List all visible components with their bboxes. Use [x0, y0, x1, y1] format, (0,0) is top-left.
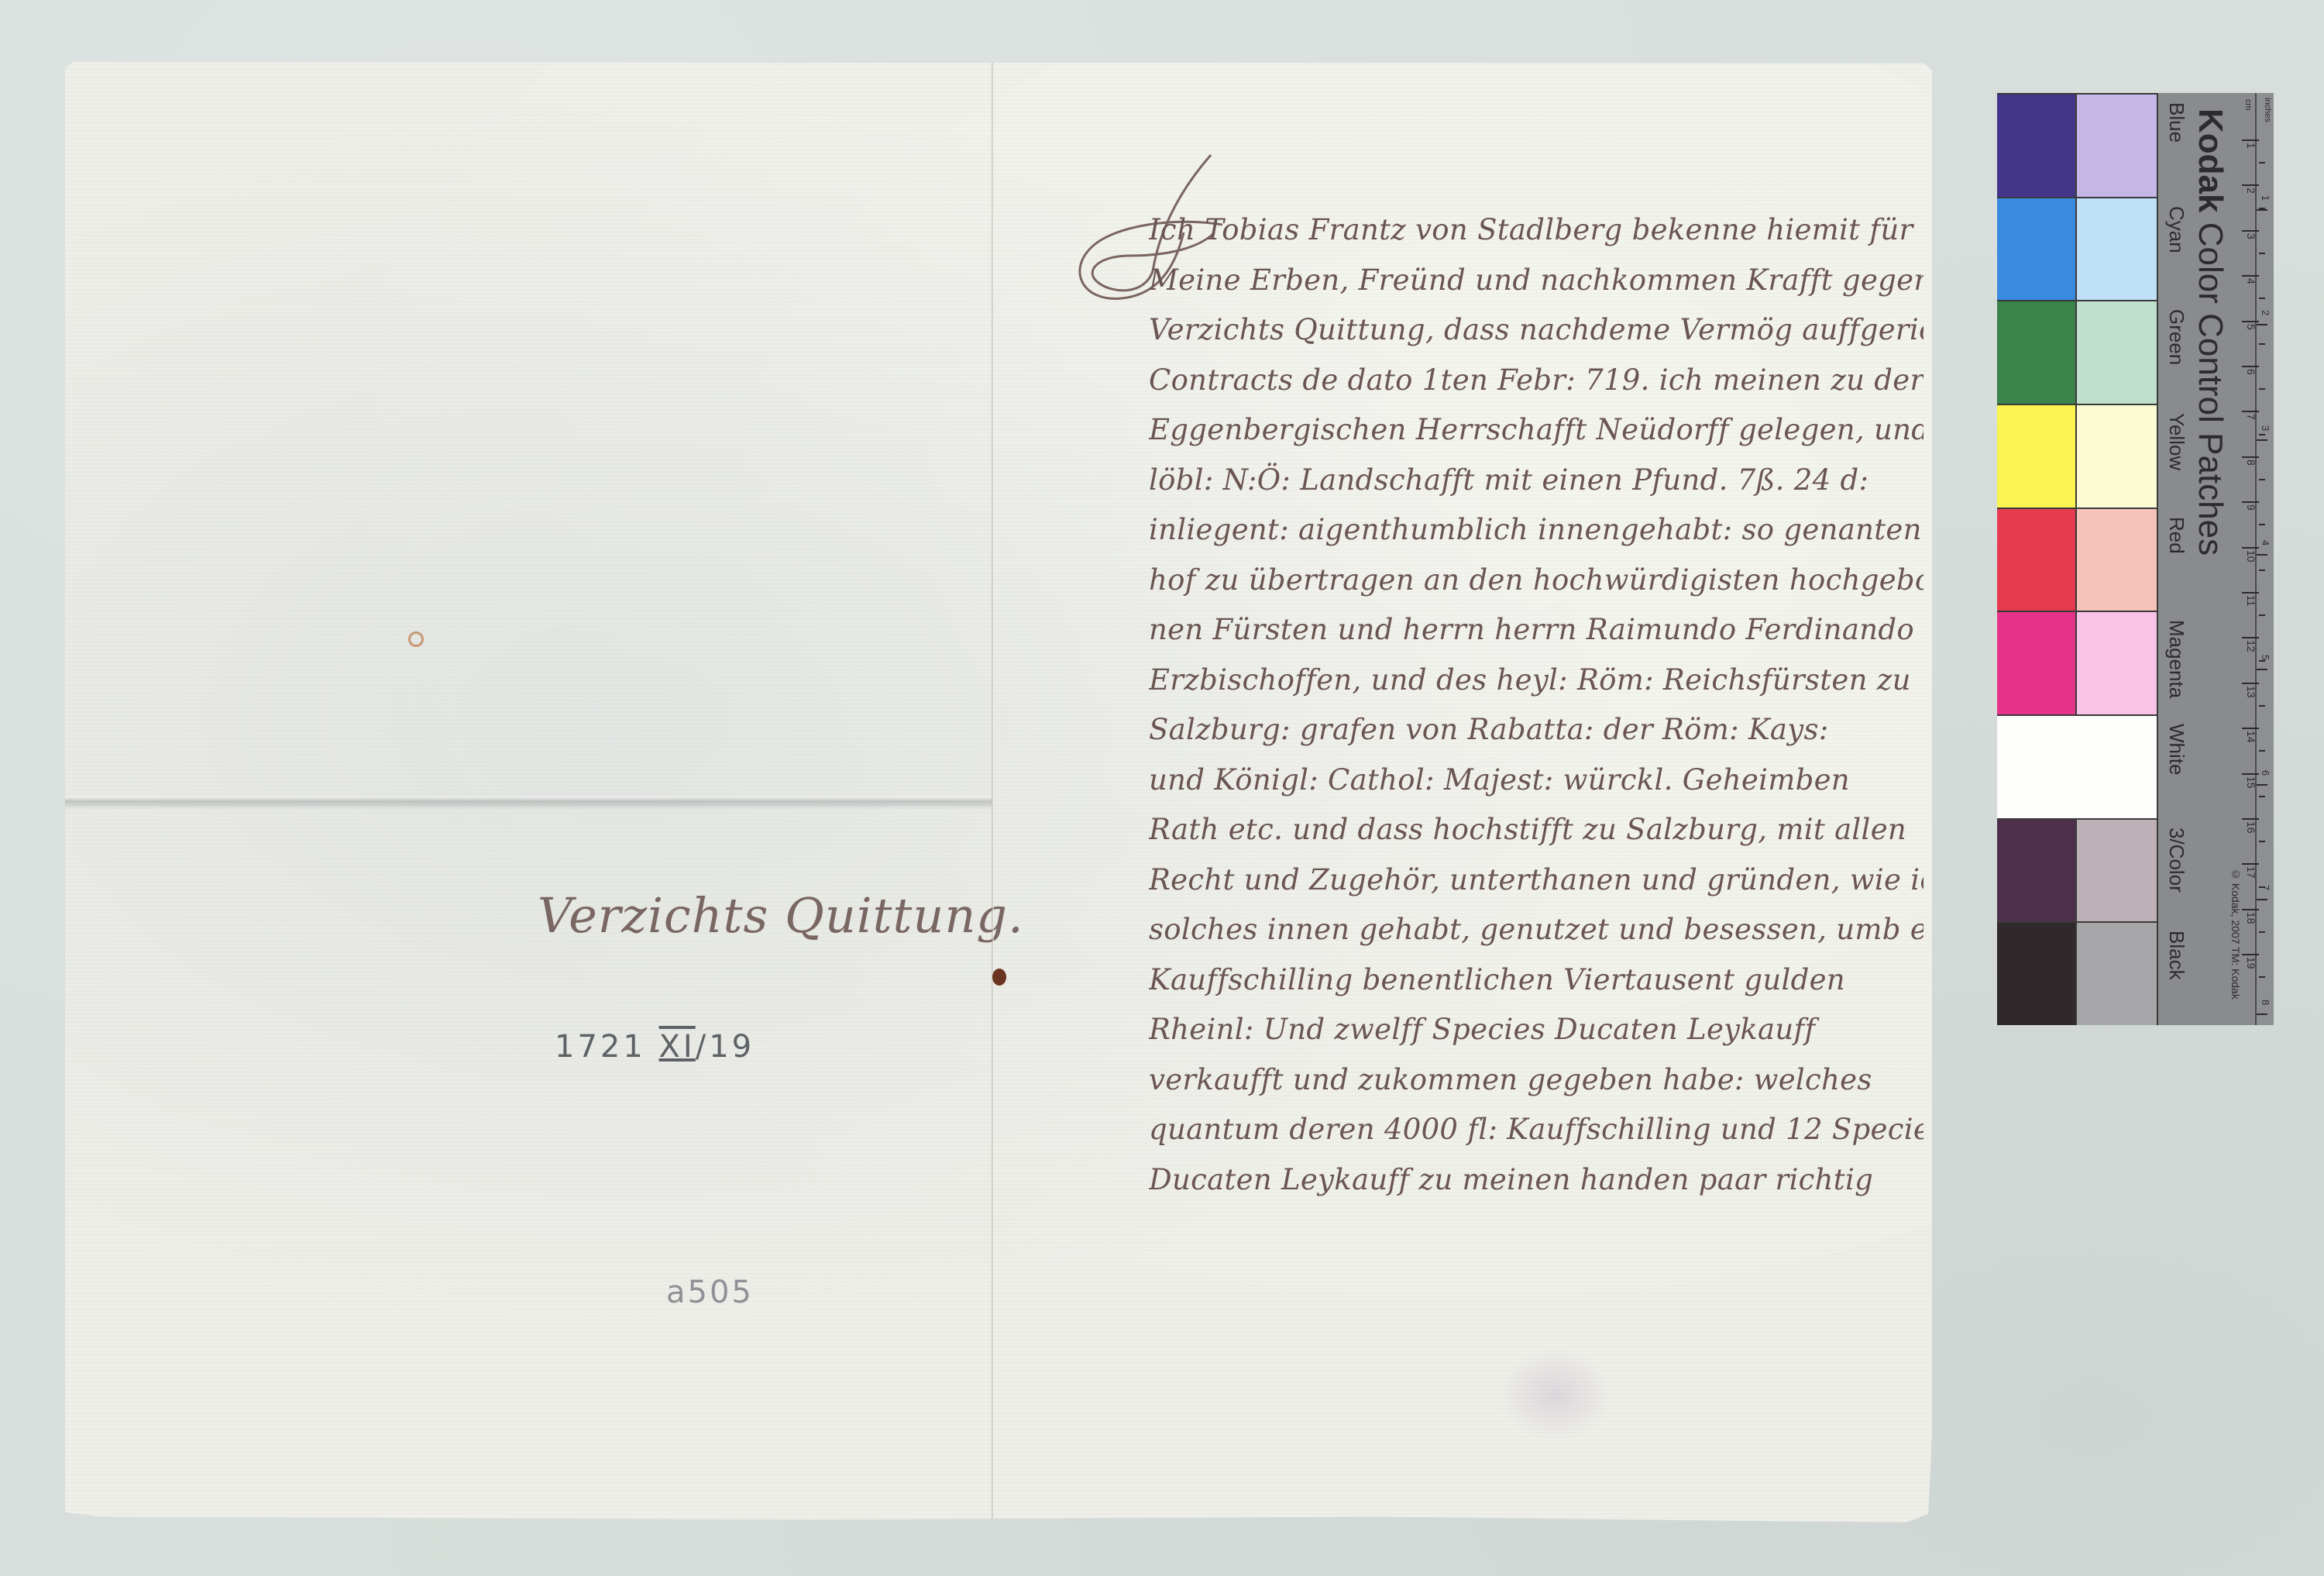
ruler-half-tick — [2259, 479, 2265, 480]
ruler-half-tick — [2259, 886, 2265, 888]
cm-label: cm — [2243, 99, 2253, 111]
ruler-cm-tick — [2242, 773, 2259, 775]
ruler-half-tick — [2259, 569, 2265, 571]
ruler-half-tick — [2259, 343, 2265, 345]
color-patch-light — [2077, 820, 2157, 922]
ruler-cm-tick — [2242, 230, 2259, 232]
color-patch-dark — [1997, 198, 2077, 301]
ruler-cm-tick — [2242, 954, 2259, 955]
ruler-half-tick — [2259, 524, 2265, 525]
color-patch-light — [2077, 405, 2157, 508]
ruler-cm-number: 11 — [2245, 595, 2257, 607]
ruler-half-tick — [2259, 660, 2265, 662]
patch-label: Black — [2164, 931, 2188, 980]
rust-foxing-spot — [408, 631, 424, 647]
chart-title: Color Control Patches — [2192, 222, 2229, 556]
letter-line: Meine Erben, Freünd und nachkommen Kraff… — [1149, 256, 1923, 306]
letter-line: solches innen gehabt, genutzet und beses… — [1149, 905, 1923, 955]
ruler-cm-tick — [2242, 637, 2259, 638]
letter-line: nen Fürsten und herrn herrn Raimundo Fer… — [1149, 605, 1923, 656]
patch-row-magenta — [1997, 611, 2157, 714]
ruler-half-tick — [2259, 976, 2265, 978]
letter-line: Ich Tobias Frantz von Stadlberg bekenne … — [1149, 205, 1923, 256]
faded-seal-stain — [1497, 1348, 1614, 1441]
ruler-cm-tick — [2242, 501, 2259, 503]
color-patch-dark — [1997, 301, 2077, 404]
ruler-cm-tick — [2242, 366, 2259, 367]
color-patch-dark — [1997, 612, 2077, 714]
ruler-half-tick — [2259, 614, 2265, 616]
patch-label: 3/Color — [2164, 828, 2188, 893]
color-patch-light — [2077, 301, 2157, 404]
letter-line: inliegent: aigenthumblich innengehabt: s… — [1149, 505, 1923, 556]
ruler-inch-number: 4 — [2260, 540, 2271, 545]
ruler-cm-number: 9 — [2245, 504, 2257, 511]
ruler-cm-number: 14 — [2245, 731, 2257, 743]
ruler-inch-tick — [2257, 209, 2267, 211]
letter-line: Erzbischoffen, und des heyl: Röm: Reichs… — [1149, 656, 1923, 706]
color-patch-light — [2077, 95, 2157, 197]
ruler-cm-number: 19 — [2245, 957, 2257, 969]
ruler-half-tick — [2259, 162, 2265, 163]
letter-line: quantum deren 4000 fl: Kauffschilling un… — [1149, 1105, 1923, 1155]
letter-line: verkaufft und zukommen gegeben habe: wel… — [1149, 1055, 1923, 1106]
ruler-cm-number: 13 — [2245, 686, 2257, 698]
ruler-cm-tick — [2242, 456, 2259, 458]
ruler-cm-number: 17 — [2245, 866, 2257, 879]
letter-line: und Königl: Cathol: Majest: würckl. Gehe… — [1149, 755, 1923, 806]
chart-copyright: © Kodak, 2007 TM: Kodak — [2229, 868, 2242, 1000]
ruler-half-tick — [2259, 434, 2265, 435]
ruler-cm-number: 4 — [2245, 278, 2257, 284]
patch-label: Red — [2164, 517, 2188, 554]
ruler-cm-tick — [2242, 275, 2259, 277]
ruler-inch-tick — [2257, 669, 2267, 670]
color-patch-dark — [1997, 405, 2077, 508]
ruler-half-tick — [2259, 796, 2265, 797]
ruler-half-tick — [2259, 750, 2265, 752]
inch-scale: inches 12345678 — [2255, 93, 2274, 1025]
ruler-inch-number: 6 — [2260, 770, 2271, 776]
ruler-cm-number: 3 — [2245, 233, 2257, 239]
docket-date: 1721 XI/19 — [555, 1029, 755, 1065]
ruler-half-tick — [2259, 931, 2265, 933]
docket-reference-number: a505 — [666, 1275, 754, 1310]
color-patch-dark — [1997, 820, 2077, 922]
patch-label: White — [2164, 724, 2188, 775]
patch-row-3color — [1997, 818, 2157, 922]
ruler-cm-tick — [2242, 863, 2259, 865]
letter-line: Verzichts Quittung, dass nachdeme Vermög… — [1149, 305, 1923, 356]
ruler-inch-tick — [2257, 899, 2267, 900]
ruler-cm-number: 10 — [2245, 550, 2257, 563]
docket-title: Verzichts Quittung. — [538, 887, 1024, 944]
color-patch-grid — [1997, 93, 2157, 1025]
ruler-cm-tick — [2242, 592, 2259, 594]
patch-label: Magenta — [2164, 620, 2188, 698]
ruler-half-tick — [2259, 298, 2265, 299]
letter-line: Kauffschilling benentlichen Viertausent … — [1149, 955, 1923, 1006]
ink-blot — [992, 969, 1006, 986]
letter-line: Eggenbergischen Herrschafft Neüdorff gel… — [1149, 405, 1923, 456]
ruler-cm-tick — [2242, 728, 2259, 729]
patch-label: Blue — [2164, 102, 2188, 143]
ruler-half-tick — [2259, 841, 2265, 842]
color-patch — [1997, 716, 2157, 818]
ruler-half-tick — [2259, 253, 2265, 254]
color-patch-dark — [1997, 95, 2077, 197]
letter-line: Ducaten Leykauff zu meinen handen paar r… — [1149, 1155, 1923, 1206]
ruler-cm-tick — [2242, 321, 2259, 322]
docket-date-day: 19 — [709, 1029, 755, 1065]
letter-line: Recht und Zugehör, unterthanen und gründ… — [1149, 855, 1923, 906]
patch-row-cyan — [1997, 197, 2157, 301]
ruler-inch-tick — [2257, 1013, 2267, 1015]
ruler-cm-tick — [2242, 139, 2259, 141]
ruler-cm-number: 5 — [2245, 324, 2257, 330]
ruler-cm-number: 15 — [2245, 776, 2257, 789]
manuscript-sheet: Verzichts Quittung. 1721 XI/19 a505 Ich … — [65, 62, 1932, 1523]
patch-row-yellow — [1997, 404, 2157, 508]
color-patch-light — [2077, 198, 2157, 301]
ruler-half-tick — [2259, 388, 2265, 390]
ruler-inch-tick — [2257, 324, 2267, 325]
ruler-half-tick — [2259, 208, 2265, 209]
right-page-letter: Ich Tobias Frantz von Stadlberg bekenne … — [994, 62, 1932, 1523]
ruler-cm-tick — [2242, 909, 2259, 910]
letter-line: hof zu übertragen an den hochwürdigisten… — [1149, 556, 1923, 606]
ruler-cm-number: 12 — [2245, 640, 2257, 652]
ruler-cm-tick — [2242, 818, 2259, 820]
kodak-color-control-chart: Kodak Color Control Patches cm © Kodak, … — [1997, 93, 2274, 1025]
patch-row-red — [1997, 508, 2157, 611]
color-patch-dark — [1997, 509, 2077, 611]
patch-label: Green — [2164, 309, 2188, 365]
letter-line: Salzburg: grafen von Rabatta: der Röm: K… — [1149, 705, 1923, 755]
ruler-cm-tick — [2242, 683, 2259, 684]
letter-line: Rath etc. und dass hochstifft zu Salzbur… — [1149, 805, 1923, 855]
color-patch-dark — [1997, 923, 2077, 1025]
ruler-cm-number: 16 — [2245, 821, 2257, 834]
ruler-cm-number: 7 — [2245, 414, 2257, 420]
brand-name: Kodak — [2192, 108, 2229, 212]
patch-row-blue — [1997, 93, 2157, 197]
docket-date-year: 1721 — [555, 1029, 646, 1065]
ruler-cm-number: 18 — [2245, 912, 2257, 924]
ruler-cm-tick — [2242, 184, 2259, 186]
ruler-inch-number: 3 — [2260, 425, 2271, 431]
ruler-inch-tick — [2257, 439, 2267, 441]
color-patch-light — [2077, 923, 2157, 1025]
color-patch-light — [2077, 612, 2157, 714]
patch-label: Yellow — [2164, 413, 2188, 470]
ruler-half-tick — [2259, 705, 2265, 707]
patch-row-black — [1997, 921, 2157, 1025]
letter-body-text: Ich Tobias Frantz von Stadlberg bekenne … — [1149, 205, 1923, 1205]
ruler-inch-number: 2 — [2260, 310, 2271, 315]
ruler-inch-tick — [2257, 784, 2267, 786]
horizontal-fold-crease — [65, 797, 992, 809]
docket-date-month: XI — [659, 1029, 696, 1065]
letter-line: löbl: N:Ö: Landschafft mit einen Pfund. … — [1149, 456, 1923, 506]
ruler-inch-tick — [2257, 554, 2267, 556]
ruler-strip: Kodak Color Control Patches cm © Kodak, … — [2157, 93, 2274, 1025]
left-page-docket: Verzichts Quittung. 1721 XI/19 a505 — [65, 62, 992, 1523]
ruler-cm-tick — [2242, 547, 2259, 549]
patch-row-white — [1997, 714, 2157, 818]
ruler-cm-tick — [2242, 411, 2259, 412]
ruler-inch-number: 8 — [2260, 1000, 2271, 1005]
letter-line: Rheinl: Und zwelff Species Ducaten Leyka… — [1149, 1005, 1923, 1055]
ruler-cm-number: 1 — [2245, 143, 2257, 149]
inches-label: inches — [2263, 98, 2272, 122]
ruler-inch-number: 1 — [2260, 195, 2271, 201]
color-patch-light — [2077, 509, 2157, 611]
ruler-cm-number: 8 — [2245, 459, 2257, 466]
ruler-cm-number: 2 — [2245, 188, 2257, 194]
patch-row-green — [1997, 300, 2157, 404]
patch-label: Cyan — [2164, 206, 2188, 253]
chart-brand-title: Kodak Color Control Patches — [2191, 108, 2229, 556]
ruler-cm-number: 6 — [2245, 369, 2257, 375]
letter-line: Contracts de dato 1ten Febr: 719. ich me… — [1149, 356, 1923, 406]
